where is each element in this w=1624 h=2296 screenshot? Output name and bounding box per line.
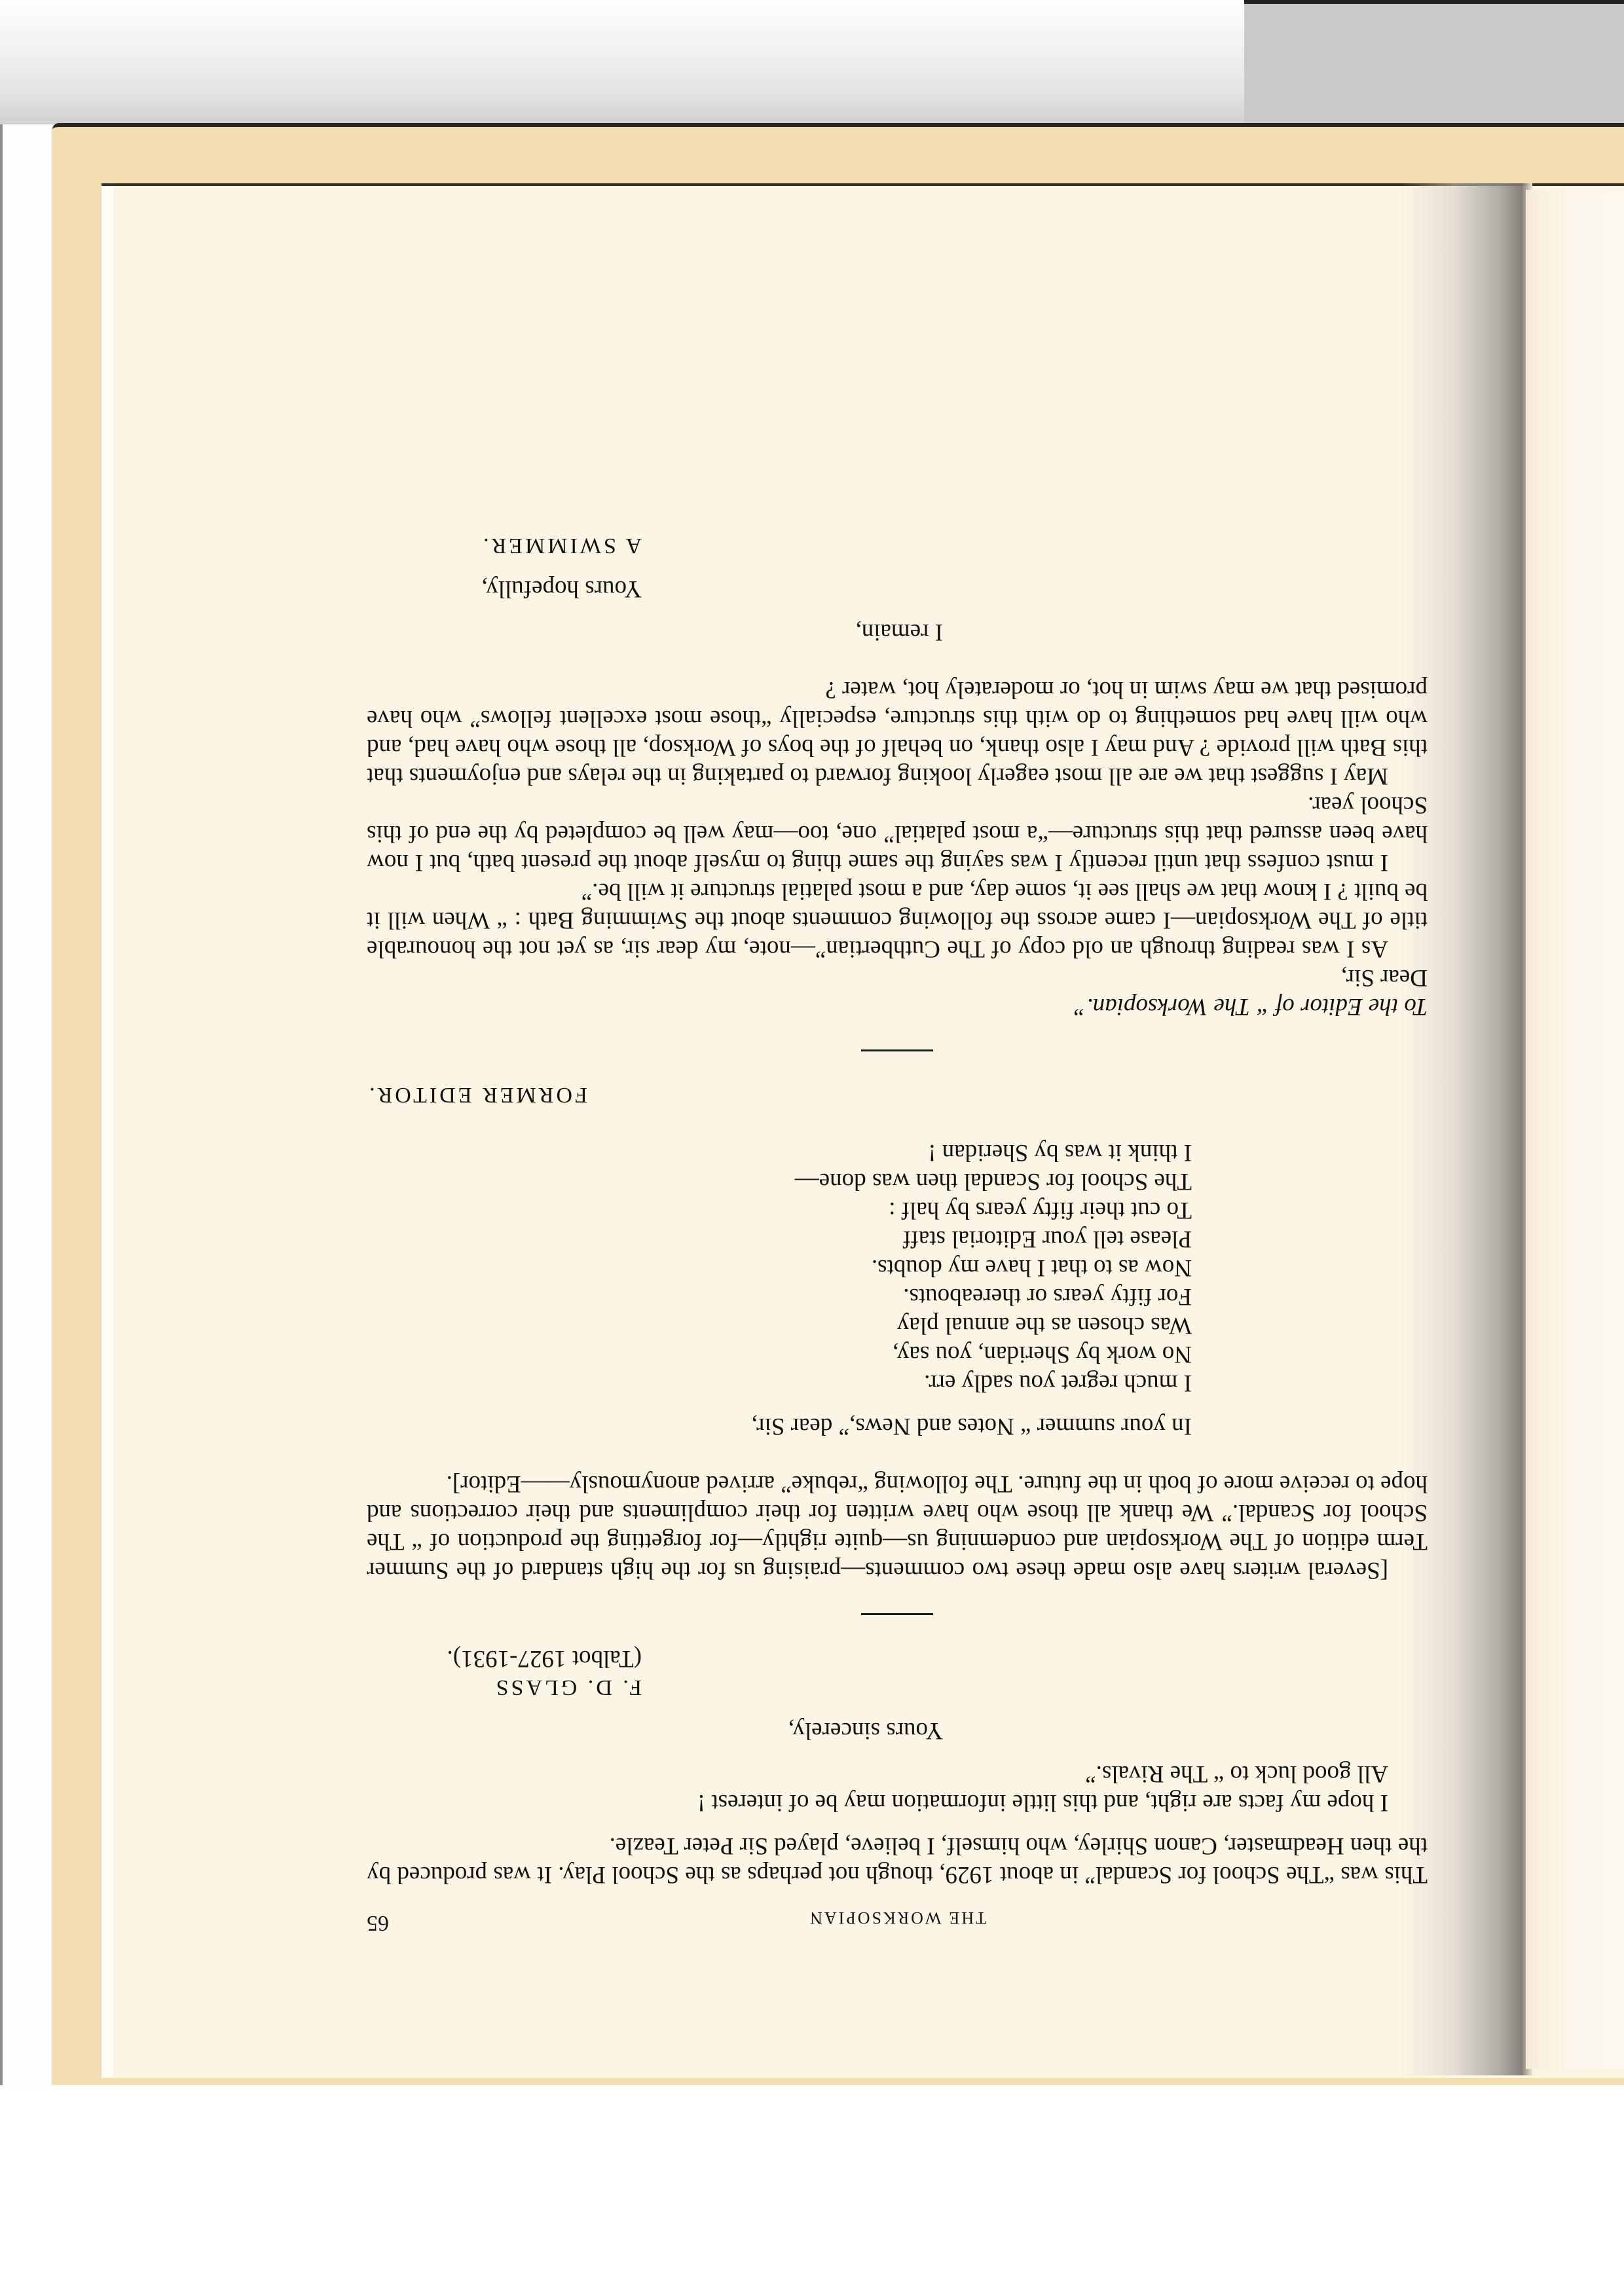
poem-line: For fifty years or thereabouts. — [367, 1282, 1192, 1311]
poem-line: No work by Sheridan, you say, — [367, 1339, 1192, 1368]
poem: In your summer “ Notes and News,” dear S… — [367, 1138, 1428, 1440]
letter2-closing-2: Yours hopefully, — [367, 574, 1428, 603]
poem-line: Now as to that I have my doubts. — [367, 1253, 1192, 1282]
page-text-rotated: THE WORKSOPIAN 65 This was “The School f… — [367, 376, 1428, 1941]
letter2-addressee: To the Editor of “ The Worksopian.” — [367, 992, 1428, 1021]
page-number: 65 — [367, 1908, 389, 1937]
scan-left-edge — [0, 0, 3, 2296]
poem-line: The School for Scandal then was done— — [367, 1167, 1192, 1195]
letter2-paragraph: May I suggest that we are all most eager… — [367, 675, 1428, 790]
letter1-signature-name: F. D. GLASS — [367, 1673, 1428, 1702]
facing-page — [1526, 190, 1624, 2069]
poem-line: To cut their fifty years by half : — [367, 1195, 1192, 1224]
poem-line: Was chosen as the annual play — [367, 1311, 1192, 1339]
letter2-signature: A SWIMMER. — [367, 531, 1428, 560]
running-head: THE WORKSOPIAN 65 — [367, 1902, 1428, 1941]
editorial-note: [Several writers have also made these tw… — [367, 1469, 1428, 1584]
poem-line: I much regret you sadly err. — [367, 1368, 1192, 1397]
letter1-paragraph: I hope my facts are right, and this litt… — [367, 1788, 1428, 1817]
letter1-paragraph: All good luck to “ The Rivals.” — [367, 1759, 1428, 1788]
section-divider — [861, 1613, 933, 1615]
letter1-closing: Yours sincerely, — [367, 1716, 1428, 1745]
letter1-paragraph: This was “The School for Scandal” in abo… — [367, 1831, 1428, 1889]
poem-line: I think it was by Sheridan ! — [367, 1138, 1192, 1167]
letter2-closing-1: I remain, — [367, 617, 1428, 646]
letter1-signature-detail: (Talbot 1927-1931). — [367, 1644, 1428, 1673]
page-edge-highlight — [101, 186, 113, 2078]
scanner-bottom-area — [0, 2085, 1624, 2296]
letter2-paragraph: As I was reading through an old copy of … — [367, 877, 1428, 963]
letter2-salutation: Dear Sir, — [367, 963, 1428, 992]
running-head-title: THE WORKSOPIAN — [367, 1903, 1428, 1932]
poem-line: Please tell your Editorial staff — [367, 1224, 1192, 1253]
poem-line: In your summer “ Notes and News,” dear S… — [367, 1412, 1192, 1440]
section-divider — [861, 1049, 933, 1051]
poem-signature: FORMER EDITOR. — [367, 1080, 1428, 1109]
letter2-paragraph: I must confess that until recently I was… — [367, 790, 1428, 877]
